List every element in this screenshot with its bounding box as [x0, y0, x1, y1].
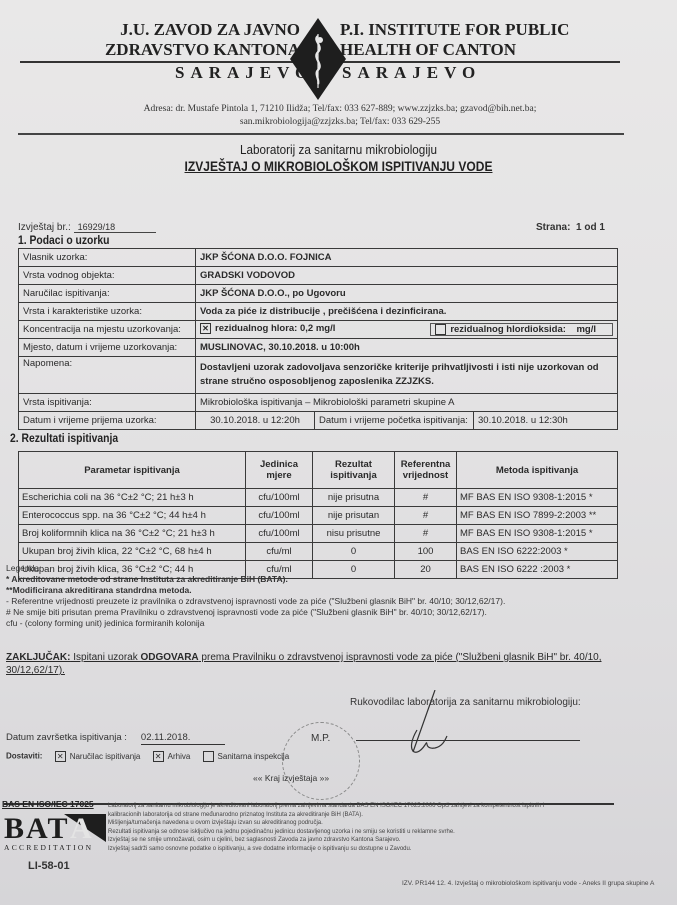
institute-name-en-line2: HEALTH OF CANTON	[340, 40, 620, 60]
checkbox-empty-icon	[435, 324, 446, 335]
parameter-cell: Ukupan broj živih klica, 22 °C±2 °C, 68 …	[19, 543, 246, 561]
legend-line: * Akreditovane metode od strane Institut…	[6, 574, 505, 585]
institute-name-line1: J.U. ZAVOD ZA JAVNO	[86, 20, 300, 40]
delivery-item: ✕Naručilac ispitivanja	[55, 752, 141, 761]
fine-print-line: Mišljenja/tumačenja navedena u ovom izvj…	[108, 819, 618, 828]
row-label: Datum i vrijeme prijema uzorka:	[19, 412, 196, 430]
caduceus-logo-icon	[290, 18, 346, 100]
report-title: IZVJEŠTAJ O MIKROBIOLOŠKOM ISPITIVANJU V…	[47, 158, 629, 174]
parameter-cell: Escherichia coli na 36 °C±2 °C; 21 h±3 h	[19, 489, 246, 507]
row-value: MUSLINOVAC, 30.10.2018. u 10:00h	[196, 339, 618, 357]
result-cell: nije prisutan	[313, 507, 395, 525]
conclusion-label: ZAKLJUČAK:	[6, 652, 70, 663]
legend-line: # Ne smije biti prisutan prema Pravilnik…	[6, 607, 505, 618]
delivery-item-label: Naručilac ispitivanja	[70, 752, 141, 761]
page-indicator: Strana: 1 od 1	[536, 222, 605, 233]
row-label: Napomena:	[19, 357, 196, 394]
report-number-label: Izvještaj br.:	[18, 222, 71, 233]
row-label: Naručilac ispitivanja:	[19, 285, 196, 303]
contact-address: Adresa: dr. Mustafe Pintola 1, 71210 Ili…	[40, 103, 640, 129]
result-cell: 0	[313, 543, 395, 561]
address-line1: Adresa: dr. Mustafe Pintola 1, 71210 Ili…	[40, 103, 640, 116]
row-value: Mikrobiološka ispitivanja – Mikrobiološk…	[196, 394, 618, 412]
table-row: Vrsta vodnog objekta: GRADSKI VODOVOD	[19, 267, 618, 285]
report-number: Izvještaj br.: 16929/18	[18, 222, 156, 233]
legend-line: **Modificirana akreditirana standrdna me…	[6, 585, 505, 596]
delivery-list: Dostaviti: ✕Naručilac ispitivanja ✕Arhiv…	[6, 751, 289, 762]
receipt-date-value: 30.10.2018. u 12:20h	[196, 412, 315, 430]
reference-cell: #	[395, 525, 457, 543]
bata-accreditation-logo-icon: BAT A ACCREDITATION	[2, 812, 106, 852]
chlorine-dioxide-option: rezidualnog hlordioksida: mg/l	[430, 323, 613, 336]
address-line2: san.mikrobiologija@zzjzks.ba; Tel/fax: 0…	[40, 116, 640, 129]
row-value: Dostavljeni uzorak zadovoljava senzoričk…	[196, 357, 618, 394]
unit-cell: cfu/100ml	[246, 525, 313, 543]
report-number-value: 16929/18	[74, 222, 156, 233]
address-divider	[18, 133, 624, 135]
institute-name-en-line1: P.I. INSTITUTE FOR PUBLIC	[340, 20, 620, 40]
conclusion-text: Ispitani uzorak	[70, 652, 140, 663]
fine-print-line: Rezultati ispitivanja se odnose isključi…	[108, 828, 618, 837]
legend-title: Legenda:	[6, 563, 505, 574]
signature-scribble-icon	[395, 690, 455, 760]
delivery-item-label: Sanitarna inspekcija	[218, 752, 290, 761]
table-row: Escherichia coli na 36 °C±2 °C; 21 h±3 h…	[19, 489, 618, 507]
unit-cell: cfu/ml	[246, 543, 313, 561]
row-label: Mjesto, datum i vrijeme uzorkovanja:	[19, 339, 196, 357]
column-header: Rezultat ispitivanja	[313, 452, 395, 489]
table-row: Vrsta ispitivanja: Mikrobiološka ispitiv…	[19, 394, 618, 412]
sample-info-table: Vlasnik uzorka: JKP ŠĆONA D.O.O. FOJNICA…	[18, 248, 618, 430]
row-label: Koncentracija na mjestu uzorkovanja:	[19, 321, 196, 339]
table-row: Broj koliformnih klica na 36 °C±2 °C; 21…	[19, 525, 618, 543]
completion-date-label: Datum završetka ispitivanja :	[6, 732, 127, 743]
legend-line: cfu - (colony forming unit) jedinica for…	[6, 618, 505, 629]
results-table: Parametar ispitivanja Jedinica mjere Rez…	[18, 451, 618, 579]
table-row: Napomena: Dostavljeni uzorak zadovoljava…	[19, 357, 618, 394]
unit-cell: cfu/100ml	[246, 507, 313, 525]
start-date-value: 30.10.2018. u 12:30h	[474, 412, 618, 430]
fine-print-line: kalibracionih laboratorija od strane međ…	[108, 811, 618, 820]
table-row: Mjesto, datum i vrijeme uzorkovanja: MUS…	[19, 339, 618, 357]
column-header: Parametar ispitivanja	[19, 452, 246, 489]
table-row: Vrsta i karakteristike uzorka: Voda za p…	[19, 303, 618, 321]
sample-section-heading: 1. Podaci o uzorku	[18, 235, 109, 247]
reference-cell: 100	[395, 543, 457, 561]
method-cell: BAS EN ISO 6222:2003 *	[457, 543, 618, 561]
concentration-options: ✕rezidualnog hlora: 0,2 mg/l rezidualnog…	[196, 321, 618, 339]
unit-cell: cfu/100ml	[246, 489, 313, 507]
laboratory-name: Laboratorij za sanitarnu mikrobiologiju	[34, 142, 643, 157]
result-cell: nisu prisutne	[313, 525, 395, 543]
row-value: Voda za piće iz distribucije , prečišćen…	[196, 303, 618, 321]
footer-fine-print: Laboratorij za sanitarnu mikrobiologiju …	[108, 802, 618, 854]
completion-date: Datum završetka ispitivanja :02.11.2018.	[6, 732, 225, 745]
chlorine-dioxide-unit: mg/l	[576, 324, 596, 335]
table-row: Ukupan broj živih klica, 22 °C±2 °C, 68 …	[19, 543, 618, 561]
method-cell: MF BAS EN ISO 9308-1:2015 *	[457, 489, 618, 507]
accreditation-standard: BAS EN ISO/IEC 17025	[2, 799, 94, 809]
table-row: Vlasnik uzorka: JKP ŠĆONA D.O.O. FOJNICA	[19, 249, 618, 267]
fine-print-line: Izvještaj se ne smije umnožavati, osim u…	[108, 836, 618, 845]
row-label: Vrsta vodnog objekta:	[19, 267, 196, 285]
table-row: Datum i vrijeme prijema uzorka: 30.10.20…	[19, 412, 618, 430]
institute-name-local: J.U. ZAVOD ZA JAVNO ZDRAVSTVO KANTONA	[86, 20, 300, 60]
column-header: Referentna vrijednost	[395, 452, 457, 489]
svg-text:A: A	[70, 812, 92, 845]
delivery-item: Sanitarna inspekcija	[203, 752, 290, 761]
reference-cell: #	[395, 507, 457, 525]
method-cell: MF BAS EN ISO 7899-2:2003 **	[457, 507, 618, 525]
table-row: Naručilac ispitivanja: JKP ŠĆONA D.O.O.,…	[19, 285, 618, 303]
fine-print-line: Laboratorij za sanitarnu mikrobiologiju …	[108, 802, 618, 811]
checkbox-checked-icon: ✕	[153, 751, 164, 762]
completion-date-value: 02.11.2018.	[141, 732, 225, 745]
checkbox-checked-icon: ✕	[55, 751, 66, 762]
delivery-item-label: Arhiva	[168, 752, 191, 761]
results-section-heading: 2. Rezultati ispitivanja	[10, 433, 118, 445]
row-label: Vrsta i karakteristike uzorka:	[19, 303, 196, 321]
row-value: JKP ŠĆONA D.O.O. FOJNICA	[196, 249, 618, 267]
method-cell: MF BAS EN ISO 9308-1:2015 *	[457, 525, 618, 543]
stamp-label: M.P.	[311, 733, 330, 744]
delivery-item: ✕Arhiva	[153, 752, 191, 761]
city-english: SARAJEVO	[342, 63, 481, 83]
reference-cell: #	[395, 489, 457, 507]
legend: Legenda: * Akreditovane metode od strane…	[6, 563, 505, 629]
row-label: Vrsta ispitivanja:	[19, 394, 196, 412]
row-label: Vlasnik uzorka:	[19, 249, 196, 267]
table-row: Enterococcus spp. na 36 °C±2 °C; 44 h±4 …	[19, 507, 618, 525]
conclusion-verdict: ODGOVARA	[141, 652, 199, 663]
result-cell: nije prisutna	[313, 489, 395, 507]
chlorine-option: ✕rezidualnog hlora: 0,2 mg/l	[200, 323, 335, 336]
delivery-label: Dostaviti:	[6, 752, 42, 761]
signature-title: Rukovodilac laboratorija za sanitarnu mi…	[350, 697, 581, 708]
row-value: GRADSKI VODOVOD	[196, 267, 618, 285]
conclusion: ZAKLJUČAK: Ispitani uzorak ODGOVARA prem…	[6, 651, 606, 677]
table-row-concentration: Koncentracija na mjestu uzorkovanja: ✕re…	[19, 321, 618, 339]
institute-name-line2: ZDRAVSTVO KANTONA	[86, 40, 300, 60]
checkbox-empty-icon	[203, 751, 214, 762]
end-of-report: «« Kraj izvještaja »»	[253, 773, 329, 783]
checkbox-checked-icon: ✕	[200, 323, 211, 334]
fine-print-line: Izvještaj sadrži samo osnovne podatke o …	[108, 845, 618, 854]
signature-line	[356, 740, 580, 741]
lab-accreditation-id: LI-58-01	[28, 860, 70, 872]
start-date-label: Datum i vrijeme početka ispitivanja:	[315, 412, 474, 430]
chlorine-label: rezidualnog hlora: 0,2 mg/l	[215, 323, 335, 334]
svg-text:BAT: BAT	[4, 812, 69, 845]
institute-name-english: P.I. INSTITUTE FOR PUBLIC HEALTH OF CANT…	[340, 20, 620, 60]
column-header: Jedinica mjere	[246, 452, 313, 489]
svg-text:ACCREDITATION: ACCREDITATION	[4, 843, 93, 852]
chlorine-dioxide-label: rezidualnog hlordioksida:	[450, 324, 566, 335]
legend-line: - Referentne vrijednosti preuzete iz pra…	[6, 596, 505, 607]
document-code: IZV. PR144 12. 4. Izvještaj o mikrobiolo…	[402, 880, 654, 887]
results-header-row: Parametar ispitivanja Jedinica mjere Rez…	[19, 452, 618, 489]
row-value: JKP ŠĆONA D.O.O., po Ugovoru	[196, 285, 618, 303]
parameter-cell: Enterococcus spp. na 36 °C±2 °C; 44 h±4 …	[19, 507, 246, 525]
page-value: 1 od 1	[576, 222, 605, 233]
column-header: Metoda ispitivanja	[457, 452, 618, 489]
parameter-cell: Broj koliformnih klica na 36 °C±2 °C; 21…	[19, 525, 246, 543]
page-label: Strana:	[536, 222, 570, 233]
